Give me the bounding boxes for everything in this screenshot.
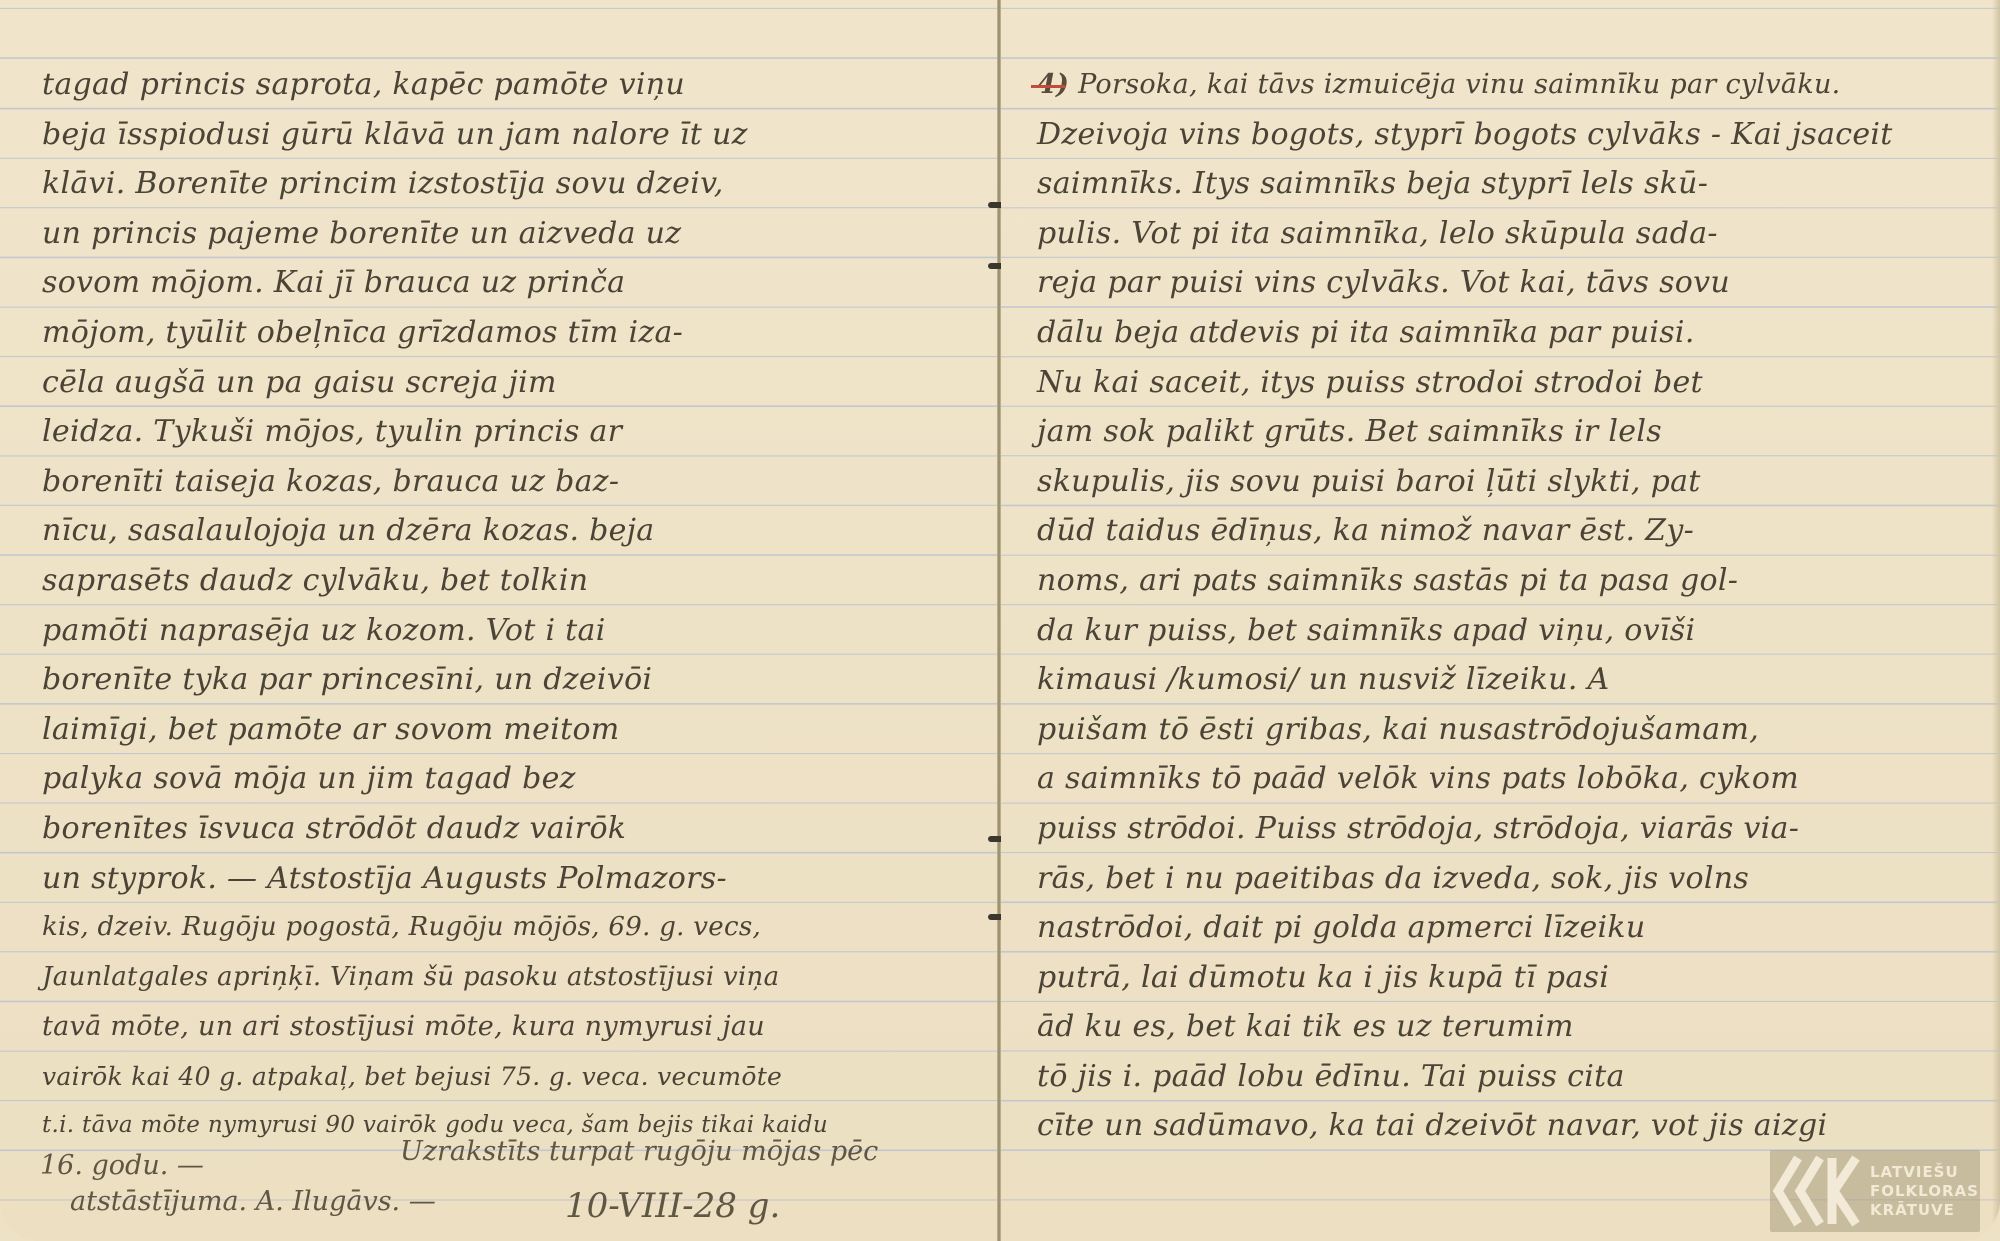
text-line: tō jis i. paād lobu ēdīnu. Tai puiss cit… (1001, 1052, 2000, 1102)
text-line: dālu beja atdevis pi ita saimnīka par pu… (1001, 308, 2000, 358)
text-line: rās, bet i nu paeitibas da izveda, sok, … (1001, 854, 2000, 904)
text-line: puiss strōdoi. Puiss strōdoja, strōdoja,… (1001, 804, 2000, 854)
watermark-line: FOLKLORAS (1870, 1182, 1979, 1201)
text-line: pulis. Vot pi ita saimnīka, lelo skūpula… (1001, 209, 2000, 259)
note-written-at: Uzrakstīts turpat rugōju mōjas pēc (400, 1136, 878, 1167)
watermark-line: LATVIEŠU (1870, 1163, 1979, 1182)
watermark-line: KRĀTUVE (1870, 1201, 1979, 1220)
text-line: da kur puiss, bet saimnīks apad viņu, ov… (1001, 606, 2000, 656)
text-line: Dzeivoja vins bogots, styprī bogots cylv… (1001, 110, 2000, 160)
text-line: puišam tō ēsti gribas, kai nusastrōdojuš… (1001, 705, 2000, 755)
text-line: kimausi /kumosi/ un nusviž līzeiku. A (1001, 655, 2000, 705)
lfk-logo-icon (1770, 1150, 1860, 1232)
page-edge (1992, 0, 2000, 1241)
story-number: 4) (1037, 69, 1069, 100)
text-line: tagad princis saprota, kapēc pamōte viņu (0, 60, 997, 110)
archive-watermark: LATVIEŠU FOLKLORAS KRĀTUVE (1770, 1150, 1980, 1232)
text-line: saprasēts daudz cylvāku, bet tolkin (0, 556, 997, 606)
text-line: beja īsspiodusi gūrū klāvā un jam nalore… (0, 110, 997, 160)
watermark-text: LATVIEŠU FOLKLORAS KRĀTUVE (1870, 1163, 1979, 1220)
text-line: nīcu, sasalaulojoja un dzēra kozas. beja (0, 506, 997, 556)
text-line: un styprok. — Atstostīja Augusts Polmazo… (0, 854, 997, 904)
text-line: cēla augšā un pa gaisu screja jim (0, 358, 997, 408)
text-line: ād ku es, bet kai tik es uz terumim (1001, 1002, 2000, 1052)
text-line: reja par puisi vins cylvāks. Vot kai, tā… (1001, 258, 2000, 308)
text-line: leidza. Tykuši mōjos, tyulin princis ar (0, 407, 997, 457)
text-line: un princis pajeme borenīte un aizveda uz (0, 209, 997, 259)
text-line: vairōk kai 40 g. atpakaļ, bet bejusi 75.… (0, 1052, 997, 1102)
text-line: skupulis, jis sovu puisi baroi ļūti slyk… (1001, 457, 2000, 507)
text-line: Jaunlatgales apriņķī. Viņam šū pasoku at… (0, 953, 997, 1003)
text-line: mōjom, tyūlit obeļnīca grīzdamos tīm iza… (0, 308, 997, 358)
note-date: 10-VIII-28 g. (565, 1186, 780, 1226)
note-collector: atstāstījuma. A. Ilugāvs. — (70, 1186, 436, 1217)
text-line: noms, ari pats saimnīks sastās pi ta pas… (1001, 556, 2000, 606)
text-line: kis, dzeiv. Rugōju pogostā, Rugōju mōjōs… (0, 903, 997, 953)
notebook-spread: tagad princis saprota, kapēc pamōte viņu… (0, 0, 2000, 1241)
text-line: borenīte tyka par princesīni, un dzeivōi (0, 655, 997, 705)
text-line: nastrōdoi, dait pi golda apmerci līzeiku (1001, 903, 2000, 953)
text-line: laimīgi, bet pamōte ar sovom meitom (0, 705, 997, 755)
text-line: cīte un sadūmavo, ka tai dzeivōt navar, … (1001, 1101, 2000, 1151)
text-line: dūd taidus ēdīņus, ka nimož navar ēst. Z… (1001, 506, 2000, 556)
left-page: tagad princis saprota, kapēc pamōte viņu… (0, 0, 997, 1241)
collector-note: 16. godu. — Uzrakstīts turpat rugōju mōj… (40, 1150, 204, 1181)
story-title-line: 4) Porsoka, kai tāvs izmuicēja vinu saim… (1001, 60, 2000, 110)
right-page-text: 4) Porsoka, kai tāvs izmuicēja vinu saim… (1001, 60, 2000, 1151)
left-page-text: tagad princis saprota, kapēc pamōte viņu… (0, 60, 997, 1151)
text-line: borenītes īsvuca strōdōt daudz vairōk (0, 804, 997, 854)
text-line: a saimnīks tō paād velōk vins pats lobōk… (1001, 754, 2000, 804)
text-line: putrā, lai dūmotu ka i jis kupā tī pasi (1001, 953, 2000, 1003)
text-line: borenīti taiseja kozas, brauca uz baz- (0, 457, 997, 507)
text-line: tavā mōte, un ari stostījusi mōte, kura … (0, 1002, 997, 1052)
text-line: jam sok palikt grūts. Bet saimnīks ir le… (1001, 407, 2000, 457)
text-line: 16. godu. — (40, 1150, 204, 1181)
text-line: Nu kai saceit, itys puiss strodoi strodo… (1001, 358, 2000, 408)
text-line: pamōti naprasēja uz kozom. Vot i tai (0, 606, 997, 656)
story-title: Porsoka, kai tāvs izmuicēja vinu saimnīk… (1078, 69, 1840, 100)
text-line: saimnīks. Itys saimnīks beja styprī lels… (1001, 159, 2000, 209)
right-page: 4) Porsoka, kai tāvs izmuicēja vinu saim… (1001, 0, 2000, 1241)
text-line: klāvi. Borenīte princim izstostīja sovu … (0, 159, 997, 209)
text-line: sovom mōjom. Kai jī brauca uz prinča (0, 258, 997, 308)
text-line: palyka sovā mōja un jim tagad bez (0, 754, 997, 804)
